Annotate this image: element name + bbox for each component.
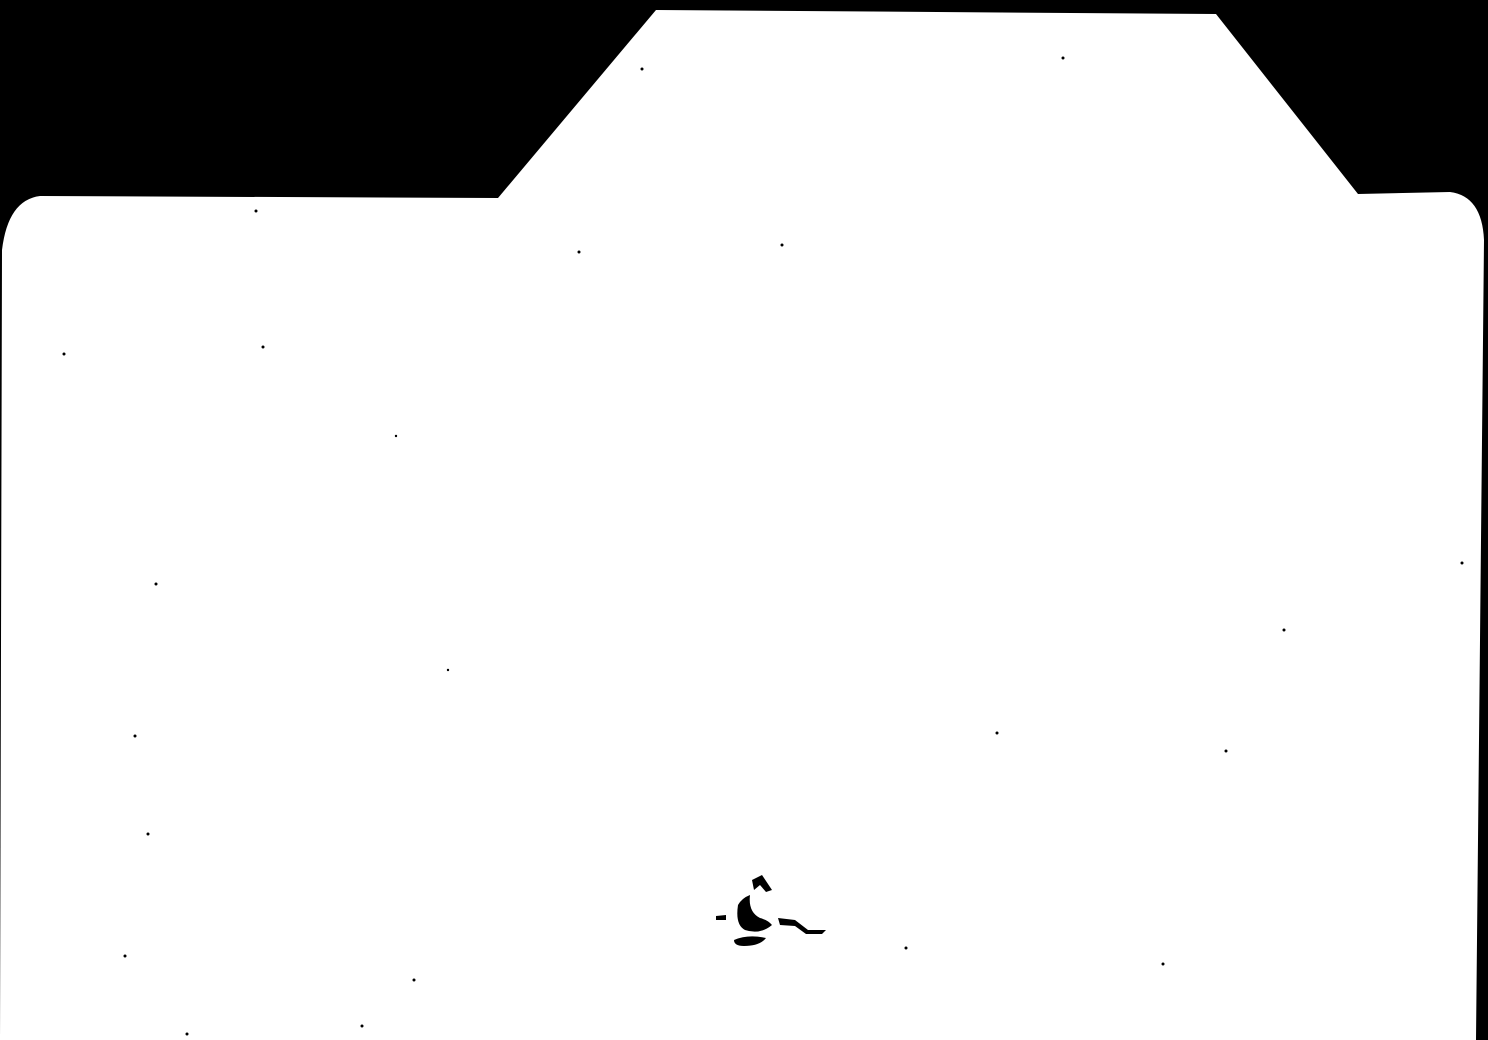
silhouette-canvas — [0, 0, 1488, 1040]
